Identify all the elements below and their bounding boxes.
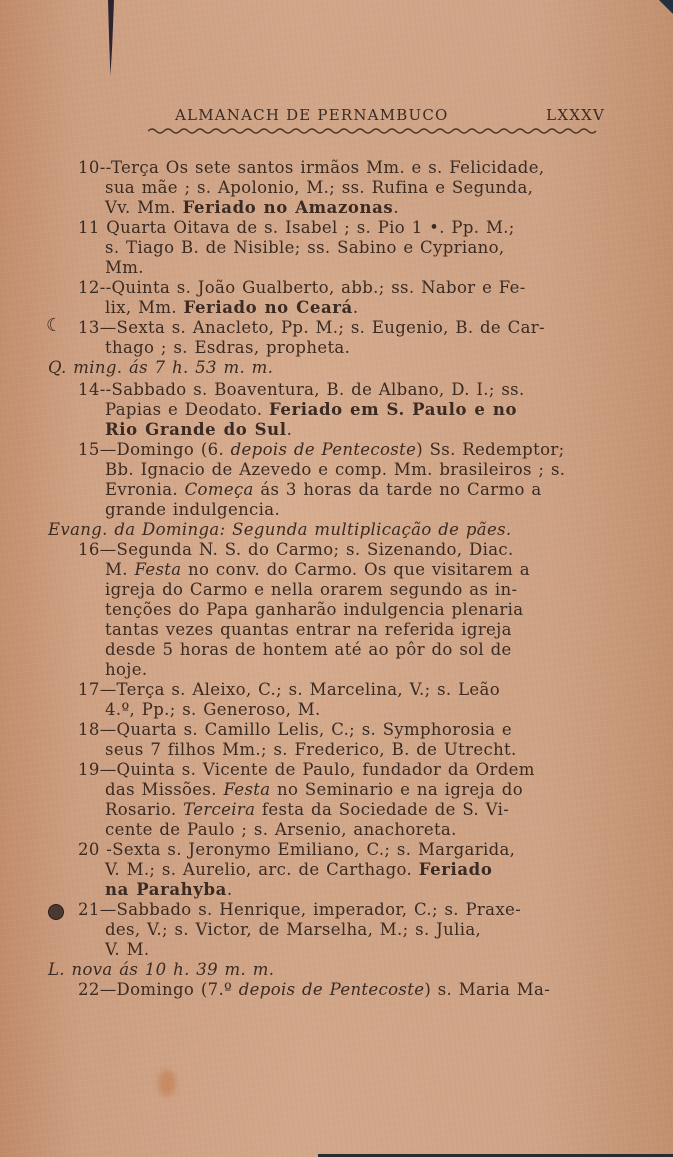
- entry-text: Oitava de s. Isabel ; s. Pio 1 •. Pp. M.…: [167, 218, 515, 237]
- entry-12-holiday: lix, Mm. Feriado no Ceará.: [105, 298, 358, 318]
- entry-text: das Missões.: [105, 780, 223, 799]
- punct: .: [287, 420, 293, 439]
- punct: .: [227, 880, 233, 899]
- paper-stain: [158, 1070, 176, 1096]
- day-label: 17—Terça: [78, 680, 165, 699]
- running-head: ALMANACH DE PERNAMBUCO: [175, 106, 449, 124]
- entry-text: Vv. Mm.: [105, 198, 183, 217]
- entry-text: Evronia.: [105, 480, 185, 499]
- entry-text: s. Vicente de Paulo, fundador da Ordem: [175, 760, 535, 779]
- entry-11-cont: s. Tiago B. de Nisible; ss. Sabino e Cyp…: [105, 238, 505, 258]
- entry-16-cont: tantas vezes quantas entrar na referida …: [105, 620, 512, 640]
- entry-11: 11 Quarta Oitava de s. Isabel ; s. Pio 1…: [78, 218, 515, 238]
- entry-text: 4.º, Pp.; s. Generoso, M.: [105, 700, 321, 719]
- entry-text: tantas vezes quantas entrar na referida …: [105, 620, 512, 639]
- holiday-note: Feriado no Amazonas: [183, 198, 394, 217]
- entry-14-holiday-cont: Rio Grande do Sul.: [105, 420, 292, 440]
- entry-12: 12--Quinta s. João Gualberto, abb.; ss. …: [78, 278, 526, 298]
- entry-text: V. M.; s. Aurelio, arc. de Carthago.: [105, 860, 419, 879]
- entry-text: Os sete santos irmãos Mm. e s. Felicidad…: [159, 158, 544, 177]
- entry-text: Bb. Ignacio de Azevedo e comp. Mm. brasi…: [105, 460, 565, 479]
- entry-20: 20 -Sexta s. Jeronymo Emiliano, C.; s. M…: [78, 840, 515, 860]
- entry-text: sua mãe ; s. Apolonio, M.; ss. Rufina e …: [105, 178, 533, 197]
- entry-text: festa da Sociedade de S. Vi-: [255, 800, 509, 819]
- day-label: 16—Segunda: [78, 540, 192, 559]
- new-moon-icon: [48, 904, 64, 920]
- day-label: 12--Quinta: [78, 278, 170, 297]
- entry-10-holiday: Vv. Mm. Feriado no Amazonas.: [105, 198, 399, 218]
- entry-18-cont: seus 7 filhos Mm.; s. Frederico, B. de U…: [105, 740, 517, 760]
- day-label: 10--Terça: [78, 158, 159, 177]
- day-label: 21—Sabbado: [78, 900, 192, 919]
- day-label: 19—Quinta: [78, 760, 175, 779]
- entry-text: ) s. Maria Ma-: [424, 980, 550, 999]
- entry-19-cont: das Missões. Festa no Seminario e na igr…: [105, 780, 523, 800]
- entry-text: cente de Paulo ; s. Arsenio, anachoreta.: [105, 820, 457, 839]
- day-label: 11 Quarta: [78, 218, 167, 237]
- entry-text: s. Camillo Lelis, C.; s. Symphorosia e: [177, 720, 512, 739]
- entry-text: Mm.: [105, 258, 144, 277]
- entry-text: tenções do Papa ganharão indulgencia ple…: [105, 600, 523, 619]
- moon-phase-text: L. nova ás 10 h. 39 m. m.: [48, 960, 274, 979]
- emphasis: Festa: [223, 780, 270, 799]
- entry-text: ) Ss. Redemptor;: [416, 440, 564, 459]
- day-label: 14--Sabbado: [78, 380, 187, 399]
- wavy-rule: [148, 126, 600, 136]
- holiday-note: Rio Grande do Sul: [105, 420, 287, 439]
- entry-21-cont: V. M.: [105, 940, 149, 960]
- entry-16-cont: hoje.: [105, 660, 147, 680]
- holiday-note: Feriado em S. Paulo e no: [269, 400, 517, 419]
- entry-text: desde 5 horas de hontem até ao pôr do so…: [105, 640, 512, 659]
- holiday-note: na Parahyba: [105, 880, 227, 899]
- entry-11-cont: Mm.: [105, 258, 144, 278]
- moon-phase-text: Q. ming. ás 7 h. 53 m. m.: [48, 358, 273, 377]
- entry-13: 13—Sexta s. Anacleto, Pp. M.; s. Eugenio…: [78, 318, 545, 338]
- entry-10-cont: sua mãe ; s. Apolonio, M.; ss. Rufina e …: [105, 178, 533, 198]
- entry-21-cont: des, V.; s. Victor, de Marselha, M.; s. …: [105, 920, 481, 940]
- day-label: 13—Sexta: [78, 318, 165, 337]
- entry-17: 17—Terça s. Aleixo, C.; s. Marcelina, V.…: [78, 680, 500, 700]
- punct: .: [393, 198, 399, 217]
- entry-16-cont: igreja do Carmo e nella orarem segundo a…: [105, 580, 517, 600]
- day-label: 18—Quarta: [78, 720, 177, 739]
- page-number: LXXXV: [546, 106, 605, 124]
- entry-text: s. Jeronymo Emiliano, C.; s. Margarida,: [161, 840, 515, 859]
- entry-text: ás 3 horas da tarde no Carmo a: [254, 480, 542, 499]
- day-label: 22—Domingo: [78, 980, 194, 999]
- entry-text: V. M.: [105, 940, 149, 959]
- liturgical-note: depois de Pentecoste: [239, 980, 425, 999]
- entry-18: 18—Quarta s. Camillo Lelis, C.; s. Symph…: [78, 720, 512, 740]
- entry-17-cont: 4.º, Pp.; s. Generoso, M.: [105, 700, 321, 720]
- entry-text: grande indulgencia.: [105, 500, 280, 519]
- entry-text: s. Anacleto, Pp. M.; s. Eugenio, B. de C…: [165, 318, 545, 337]
- entry-text: (6.: [194, 440, 230, 459]
- entry-text: thago ; s. Esdras, propheta.: [105, 338, 350, 357]
- entry-14: 14--Sabbado s. Boaventura, B. de Albano,…: [78, 380, 525, 400]
- punct: .: [353, 298, 359, 317]
- moon-phase-note: L. nova ás 10 h. 39 m. m.: [48, 960, 274, 980]
- entry-text: lix, Mm.: [105, 298, 184, 317]
- entry-text: seus 7 filhos Mm.; s. Frederico, B. de U…: [105, 740, 517, 759]
- entry-22: 22—Domingo (7.º depois de Pentecoste) s.…: [78, 980, 550, 1000]
- entry-20-holiday-cont: na Parahyba.: [105, 880, 233, 900]
- entry-10: 10--Terça Os sete santos irmãos Mm. e s.…: [78, 158, 544, 178]
- emphasis: Festa: [134, 560, 181, 579]
- entry-20-holiday: V. M.; s. Aurelio, arc. de Carthago. Fer…: [105, 860, 492, 880]
- entry-16-cont: tenções do Papa ganharão indulgencia ple…: [105, 600, 523, 620]
- entry-16-cont: M. Festa no conv. do Carmo. Os que visit…: [105, 560, 530, 580]
- entry-15: 15—Domingo (6. depois de Pentecoste) Ss.…: [78, 440, 565, 460]
- entry-19: 19—Quinta s. Vicente de Paulo, fundador …: [78, 760, 535, 780]
- gospel-note: Evang. da Dominga: Segunda multiplicação…: [48, 520, 511, 540]
- entry-16: 16—Segunda N. S. do Carmo; s. Sizenando,…: [78, 540, 514, 560]
- gospel-text: Evang. da Dominga: Segunda multiplicação…: [48, 520, 511, 539]
- entry-13-cont: thago ; s. Esdras, propheta.: [105, 338, 350, 358]
- entry-21: 21—Sabbado s. Henrique, imperador, C.; s…: [78, 900, 521, 920]
- entry-19-cont: cente de Paulo ; s. Arsenio, anachoreta.: [105, 820, 457, 840]
- holiday-note: Feriado no Ceará: [184, 298, 353, 317]
- entry-text: M.: [105, 560, 134, 579]
- day-label: 20 -Sexta: [78, 840, 161, 859]
- entry-text: igreja do Carmo e nella orarem segundo a…: [105, 580, 517, 599]
- entry-text: s. Aleixo, C.; s. Marcelina, V.; s. Leão: [165, 680, 500, 699]
- emphasis: Terceira: [183, 800, 255, 819]
- entry-19-cont: Rosario. Terceira festa da Sociedade de …: [105, 800, 509, 820]
- entry-14-holiday: Papias e Deodato. Feriado em S. Paulo e …: [105, 400, 517, 420]
- entry-text: N. S. do Carmo; s. Sizenando, Diac.: [192, 540, 513, 559]
- entry-text: s. Boaventura, B. de Albano, D. I.; ss.: [187, 380, 525, 399]
- entry-15-cont: Evronia. Começa ás 3 horas da tarde no C…: [105, 480, 542, 500]
- entry-text: no conv. do Carmo. Os que visitarem a: [181, 560, 530, 579]
- moon-phase-note: Q. ming. ás 7 h. 53 m. m.: [48, 358, 273, 378]
- entry-16-cont: desde 5 horas de hontem até ao pôr do so…: [105, 640, 512, 660]
- entry-15-cont: Bb. Ignacio de Azevedo e comp. Mm. brasi…: [105, 460, 565, 480]
- liturgical-note: depois de Pentecoste: [231, 440, 417, 459]
- emphasis: Começa: [185, 480, 254, 499]
- holiday-note: Feriado: [419, 860, 493, 879]
- entry-text: des, V.; s. Victor, de Marselha, M.; s. …: [105, 920, 481, 939]
- entry-text: s. Henrique, imperador, C.; s. Praxe-: [192, 900, 521, 919]
- entry-text: s. João Gualberto, abb.; ss. Nabor e Fe-: [170, 278, 526, 297]
- entry-text: s. Tiago B. de Nisible; ss. Sabino e Cyp…: [105, 238, 505, 257]
- entry-text: hoje.: [105, 660, 147, 679]
- entry-text: no Seminario e na igreja do: [270, 780, 523, 799]
- entry-15-cont: grande indulgencia.: [105, 500, 280, 520]
- entry-text: Papias e Deodato.: [105, 400, 269, 419]
- entry-text: (7.º: [194, 980, 239, 999]
- day-label: 15—Domingo: [78, 440, 194, 459]
- last-quarter-moon-icon: ☾: [46, 316, 63, 336]
- entry-text: Rosario.: [105, 800, 183, 819]
